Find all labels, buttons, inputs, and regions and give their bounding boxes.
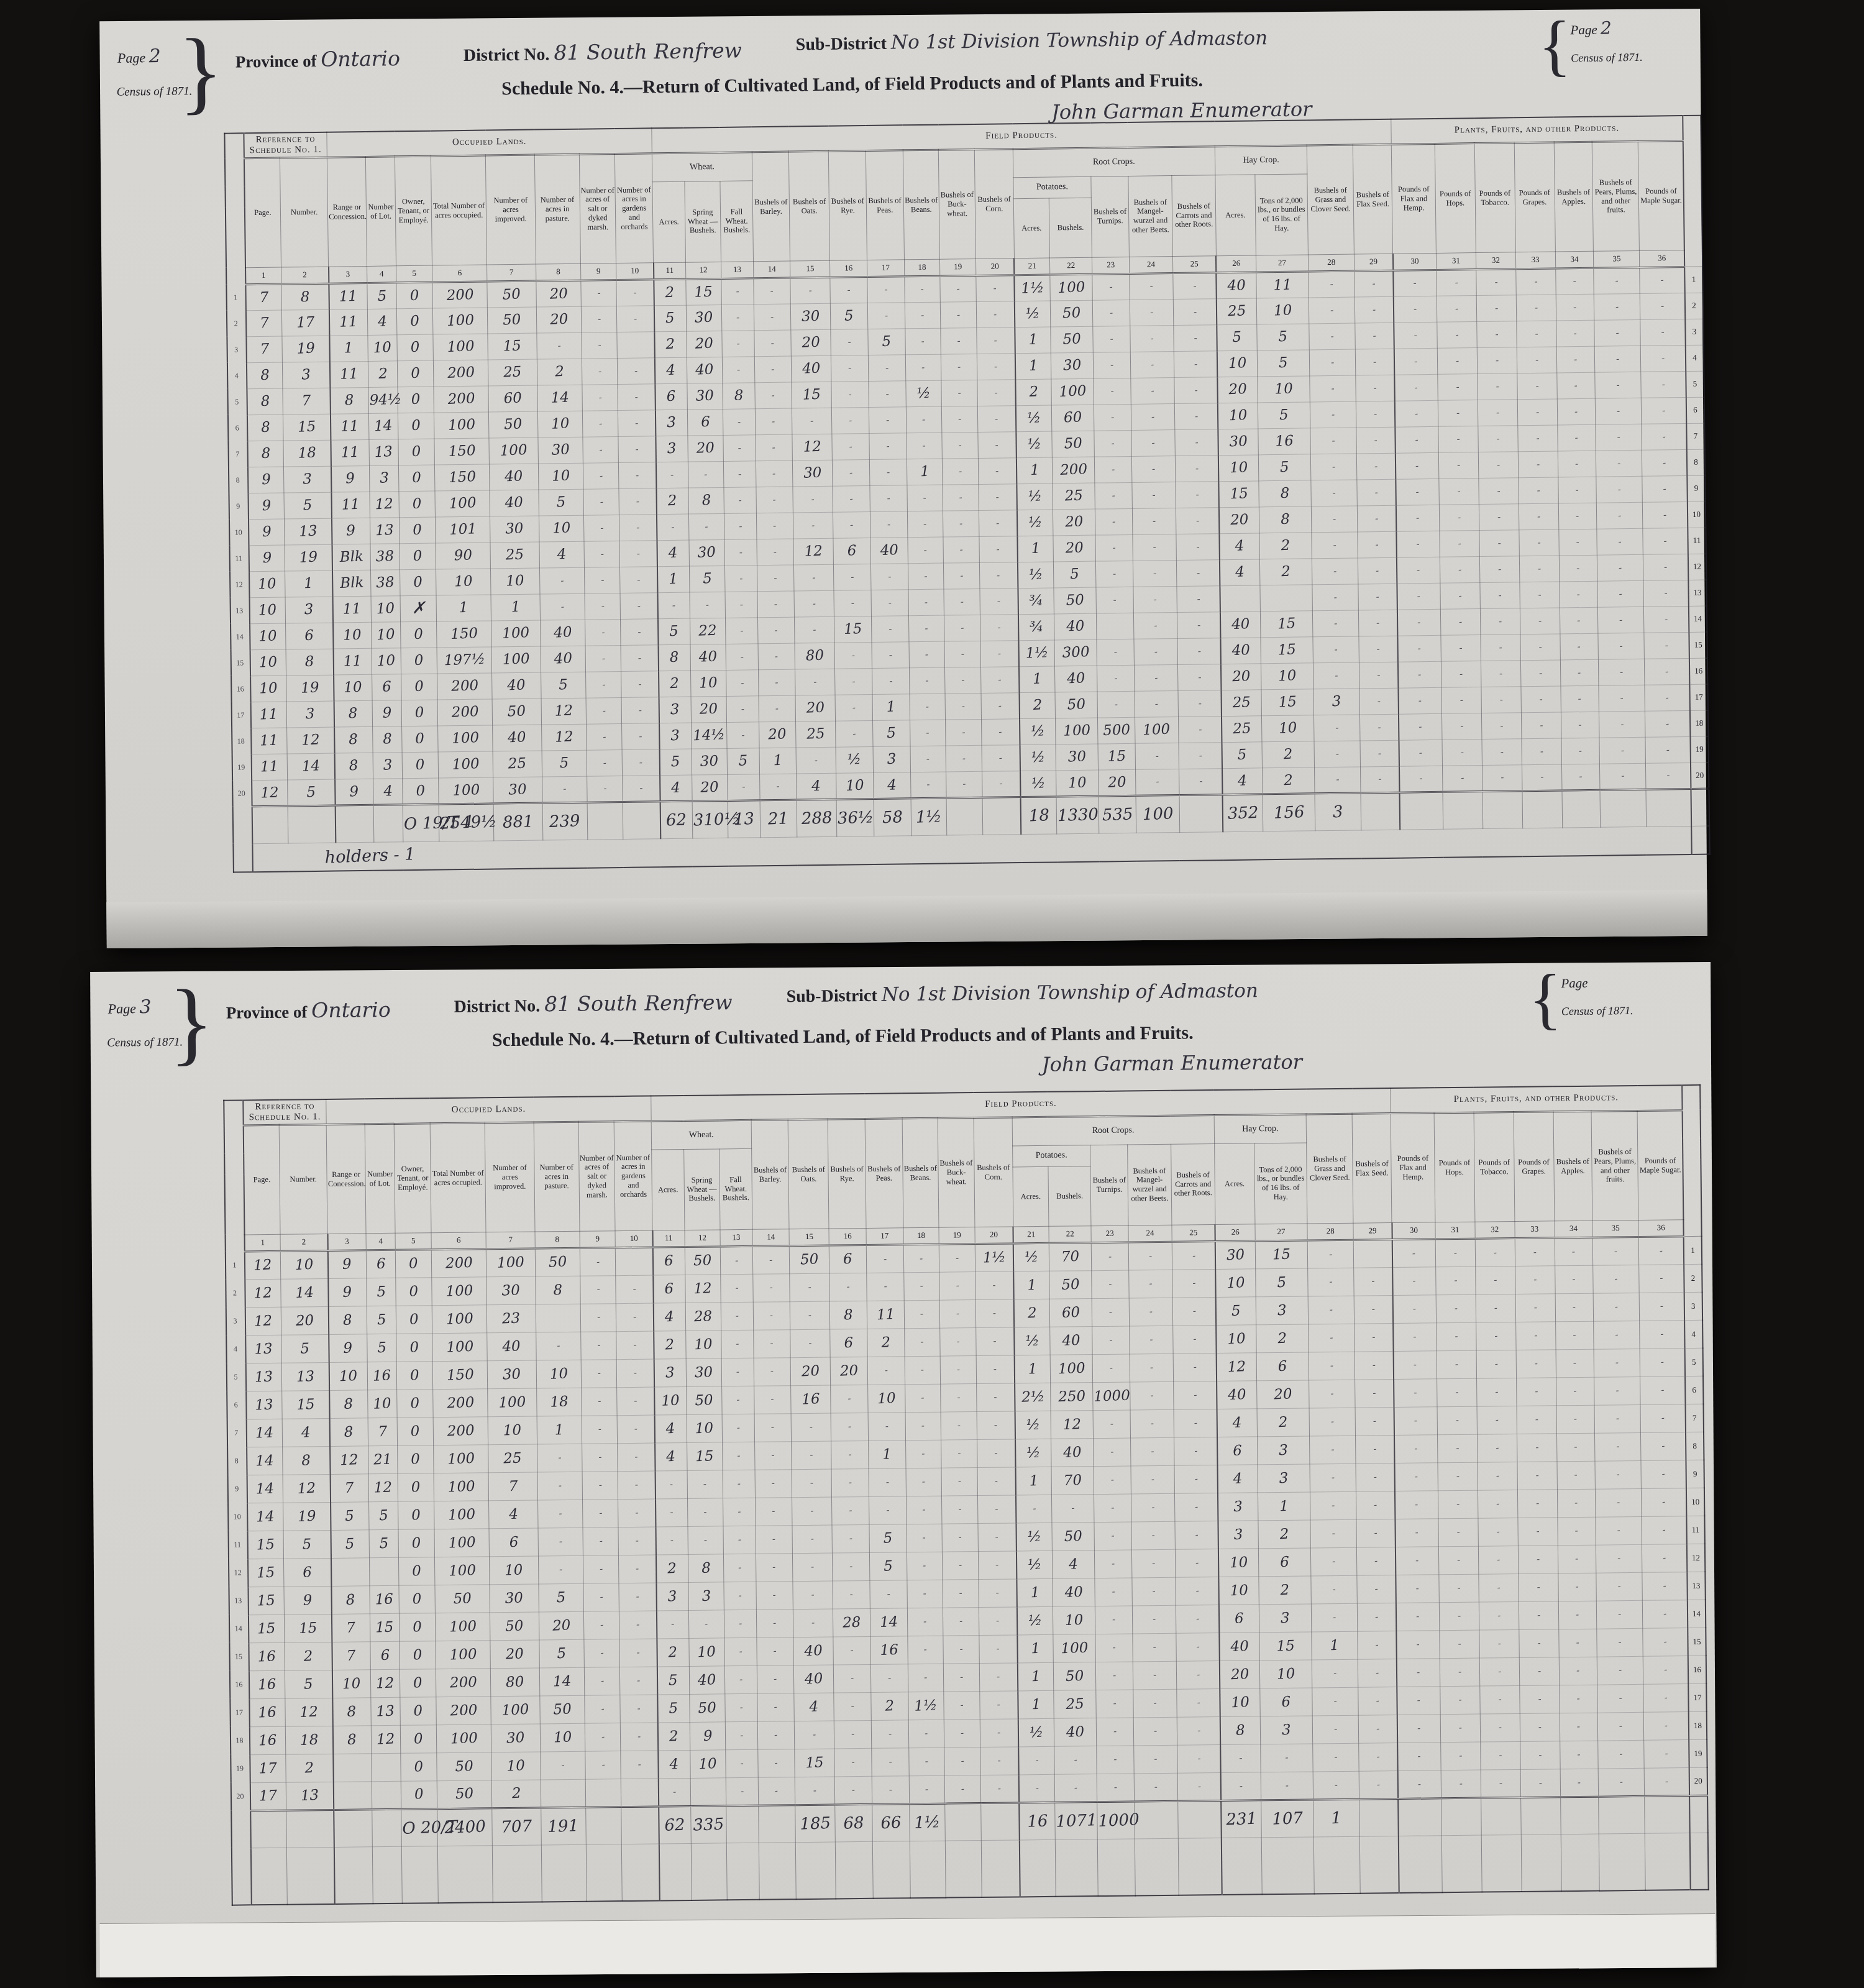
table-cell: 0 (398, 1529, 434, 1557)
table-cell: - (1359, 610, 1397, 636)
table-cell: - (584, 1639, 620, 1667)
table-cell: 15 (283, 414, 331, 441)
province-label: Province of (235, 52, 317, 71)
cell-value: - (961, 648, 964, 659)
table-cell: - (980, 640, 1019, 667)
totals-cell: 68 (835, 1804, 872, 1842)
table-cell: - (621, 697, 659, 723)
table-cell: - (1355, 323, 1394, 349)
table-cell: - (945, 667, 981, 694)
cell-value: 14 (295, 1284, 314, 1301)
table-cell: - (619, 1554, 656, 1583)
table-cell: - (1130, 299, 1173, 326)
table-cell: - (1094, 378, 1131, 405)
cell-value: - (1573, 275, 1576, 286)
cell-value: 10 (259, 680, 278, 697)
cell-value: - (961, 674, 965, 685)
table-cell: - (1597, 1628, 1643, 1657)
table-cell: 0 (398, 387, 434, 413)
table-cell: - (1437, 321, 1477, 348)
cell-value: - (1576, 536, 1580, 547)
table-cell: - (1515, 1237, 1555, 1266)
cell-value: - (957, 309, 961, 320)
table-cell: - (1393, 296, 1437, 323)
row-margin-number: 3 (227, 336, 246, 362)
table-cell: 1 (1016, 1467, 1052, 1495)
table-cell: - (1436, 1267, 1476, 1295)
table-cell: 5 (539, 1583, 584, 1612)
table-cell: - (1560, 607, 1598, 634)
cell-value: 3 (701, 1588, 711, 1605)
table-cell: - (910, 746, 946, 772)
cell-value: - (997, 1643, 1000, 1654)
table-cell: 30 (487, 1276, 536, 1305)
table-cell: 10 (250, 676, 286, 702)
cell-value: 40 (805, 1670, 823, 1687)
table-cell: 2 (654, 279, 686, 306)
cell-value: 10 (373, 1395, 391, 1412)
cell-value: - (1195, 1557, 1199, 1568)
page-3-header: Page 3 Census of 1871. } Province of Ont… (90, 972, 91, 1096)
table-cell: - (538, 1528, 583, 1556)
table-cell: - (1394, 400, 1438, 427)
table-cell: - (1481, 1741, 1520, 1770)
totals-cell (1359, 1798, 1399, 1836)
cell-value: - (635, 1535, 639, 1546)
column-header: Page. (244, 1125, 280, 1235)
table-cell: ½ (1017, 483, 1053, 510)
table-cell: 7 (368, 1418, 398, 1445)
table-cell: - (1594, 267, 1640, 294)
cell-value: 12 (804, 543, 823, 560)
table-cell: 10 (540, 1723, 585, 1752)
table-cell: - (1476, 1266, 1515, 1294)
table-cell: 8 (281, 283, 329, 310)
cell-value: - (1335, 721, 1339, 733)
table-cell: - (1356, 1435, 1394, 1464)
table-cell: - (833, 1664, 870, 1693)
cell-value: - (1332, 408, 1335, 419)
cell-value: 3 (304, 602, 314, 618)
cell-value: 16 (258, 1676, 276, 1693)
cell-value: 50 (698, 1700, 716, 1716)
table-cell: Blk (332, 570, 371, 597)
table-cell: - (1394, 374, 1438, 401)
column-header: Spring Wheat — Bushels. (684, 181, 721, 262)
cell-value: 16 (258, 1704, 276, 1721)
table-cell: - (1558, 1573, 1596, 1601)
cell-value: - (600, 522, 603, 533)
cell-value: - (599, 1535, 603, 1546)
empty-cell (1521, 1834, 1561, 1892)
cell-value: ½ (1025, 1249, 1039, 1266)
table-cell: 10 (334, 674, 372, 701)
row-margin-number: 11 (230, 545, 249, 571)
column-number: 14 (753, 261, 790, 278)
empty-cell (541, 1844, 587, 1902)
cell-value: - (775, 1757, 779, 1768)
table-cell: - (1359, 662, 1398, 689)
cell-value: - (1418, 1778, 1422, 1789)
table-body: 17811502005020--215--------1½100---4011-… (226, 267, 1709, 873)
table-cell: 12 (245, 1307, 281, 1335)
cell-value: - (1330, 330, 1334, 341)
cell-value: - (851, 1728, 855, 1739)
table-cell: 5 (368, 1501, 398, 1529)
table-cell: 2 (657, 1638, 689, 1667)
table-cell: - (726, 695, 759, 722)
cell-value: - (998, 648, 1002, 659)
row-number: 11 (1686, 1516, 1705, 1544)
cell-value: - (849, 441, 852, 452)
cell-value: 8 (553, 1281, 563, 1298)
cell-value: 14 (255, 1452, 274, 1469)
cell-value: 10 (377, 626, 395, 643)
totals-cell: 191 (541, 1807, 586, 1845)
table-cell: - (834, 590, 871, 616)
column-header: Range or Concession. (327, 157, 367, 267)
cell-value: - (1414, 1359, 1417, 1370)
cell-value: 94½ (369, 392, 402, 409)
cell-value: - (1457, 485, 1461, 497)
table-cell: - (795, 1777, 835, 1805)
cell-value: 0 (409, 1339, 419, 1356)
table-cell: - (1092, 1298, 1129, 1327)
table-cell: - (582, 410, 618, 437)
table-cell: 8 (332, 1697, 371, 1726)
cell-value: 100 (1063, 722, 1091, 740)
cell-value: - (996, 491, 1000, 502)
cell-value: 50 (1061, 1276, 1080, 1293)
cell-value: - (1576, 562, 1580, 574)
table-cell: 0 (398, 1501, 434, 1529)
table-cell: - (1640, 267, 1685, 293)
cell-value: ¾ (1030, 618, 1044, 635)
cell-value: - (922, 1504, 926, 1515)
cell-value: - (1374, 1499, 1377, 1510)
table-cell: 10 (1056, 770, 1099, 797)
cell-value: 20 (1108, 774, 1126, 790)
cell-value: - (770, 1393, 774, 1404)
table-cell: - (1358, 1659, 1396, 1687)
cell-value: 16 (880, 1642, 898, 1659)
table-cell: 6 (829, 1245, 866, 1273)
table-cell: - (1595, 1460, 1642, 1489)
table-cell: 13 (246, 1391, 282, 1419)
table-cell: 1 (657, 566, 690, 593)
cell-value: 50 (455, 1785, 474, 1802)
table-cell: 13 (246, 1363, 282, 1391)
table-cell: - (831, 1468, 869, 1497)
cell-value: - (1577, 589, 1581, 600)
empty-cell (1441, 1835, 1482, 1893)
table-cell: 12 (245, 1279, 281, 1308)
cell-value: - (773, 520, 777, 531)
table-cell: - (1313, 1771, 1359, 1800)
table-cell: 12 (541, 698, 587, 725)
cell-value: - (1419, 772, 1423, 784)
cell-value: 15 (257, 1592, 276, 1609)
cell-value: 1 (1031, 1640, 1041, 1657)
column-header: Bushels. (1048, 1166, 1091, 1226)
empty-cell (402, 1846, 439, 1903)
cell-value: - (926, 753, 930, 764)
row-number: 11 (1688, 528, 1706, 554)
table-cell: - (726, 1777, 758, 1806)
total-value: 1½ (914, 1813, 941, 1833)
cell-value: - (739, 598, 743, 610)
table-cell: - (1645, 684, 1690, 711)
table-cell: 20 (1053, 535, 1095, 562)
column-number: 3 (327, 1233, 366, 1250)
cell-value: - (886, 1505, 890, 1516)
cell-value: - (923, 1616, 927, 1627)
cell-value: 30 (505, 1590, 524, 1606)
cell-value: - (1577, 1721, 1581, 1732)
cell-value: 25 (806, 726, 825, 743)
table-cell: 20 (687, 435, 723, 462)
table-cell: 13 (369, 439, 399, 465)
table-cell: - (657, 514, 689, 541)
table-cell: - (1597, 580, 1644, 607)
cell-value: - (887, 518, 891, 529)
subdistrict-label: Sub-District (786, 986, 877, 1007)
cell-value: 30 (503, 1366, 521, 1383)
cell-value: - (1537, 1582, 1540, 1593)
table-cell: - (831, 1441, 869, 1469)
column-header: Bushels of Grass and Clover Seed. (1307, 145, 1354, 255)
table-cell: - (583, 488, 619, 515)
cell-value: - (1376, 643, 1380, 654)
totals-cell (286, 1810, 334, 1848)
cell-value: 10 (339, 1368, 358, 1385)
table-cell: - (724, 1610, 757, 1638)
cell-value: 4 (1232, 1414, 1242, 1431)
table-cell: - (944, 1719, 980, 1748)
cell-value: - (1617, 457, 1621, 469)
cell-value: ½ (847, 751, 862, 768)
table-cell: 3 (286, 701, 334, 728)
table-cell: - (1517, 399, 1557, 426)
corner-census-label: Census of 1871. (1571, 51, 1643, 65)
table-cell: 10 (368, 334, 398, 361)
cell-value: - (956, 1308, 960, 1319)
table-cell: - (1555, 1293, 1594, 1322)
table-cell (372, 1753, 401, 1781)
column-header: Bushels of Oats. (788, 1119, 829, 1229)
table-cell: - (976, 1327, 1015, 1355)
table-cell: - (1598, 1768, 1645, 1797)
cell-value: - (1619, 1664, 1622, 1675)
cell-value: - (1149, 1334, 1153, 1345)
cell-value: 10 (549, 1365, 568, 1382)
cell-value: - (813, 598, 816, 609)
total-value: 881 (503, 812, 534, 832)
table-cell: 100 (435, 490, 490, 517)
cell-value: 20 (549, 285, 568, 302)
cell-value: 28 (843, 1614, 861, 1631)
table-cell: 100 (1051, 378, 1094, 405)
table-cell: 9 (329, 1334, 367, 1362)
cell-value: - (1154, 646, 1158, 657)
totals-cell: 1071 (1055, 1802, 1098, 1839)
cell-value: - (601, 679, 605, 690)
column-header: Number of acres in gardens and orchards (615, 153, 654, 263)
table-cell: - (1441, 1770, 1481, 1798)
cell-value: 11 (340, 418, 359, 435)
table-cell: - (1135, 769, 1179, 795)
row-margin-number (232, 1848, 252, 1905)
cell-value: 30 (1226, 1247, 1245, 1263)
table-cell: - (905, 302, 941, 329)
table-cell: 40 (487, 1332, 536, 1361)
page-2-table-wrap: Reference to Schedule No. 1.Occupied Lan… (224, 115, 1710, 873)
cell-value: - (634, 365, 638, 376)
table-cell: 100 (1050, 1354, 1092, 1383)
cell-value: 14 (374, 418, 393, 434)
cell-value: - (993, 1335, 997, 1347)
table-cell: 40 (490, 490, 539, 516)
table-cell: 200 (437, 672, 492, 699)
table-cell: 17 (281, 309, 329, 336)
table-cell: 10 (1216, 1268, 1256, 1297)
empty-cell (1135, 1838, 1179, 1896)
row-number (1690, 1833, 1709, 1890)
cell-value: - (736, 1338, 739, 1349)
cell-value: - (735, 1310, 739, 1321)
row-margin-number: 9 (228, 1475, 247, 1503)
table-cell: - (1438, 1546, 1478, 1575)
column-number: 36 (1638, 1219, 1683, 1237)
table-cell: 2 (285, 1642, 332, 1670)
cell-value: - (1494, 1358, 1498, 1369)
table-cell: - (1356, 427, 1395, 454)
table-cell: - (1357, 453, 1396, 480)
cell-value: - (925, 1728, 928, 1739)
cell-value: - (704, 469, 708, 480)
table-cell: - (979, 1606, 1017, 1635)
table-cell: - (1594, 1376, 1641, 1405)
table-cell: - (1597, 1656, 1644, 1685)
cell-value: - (849, 467, 853, 478)
cell-value: - (997, 543, 1000, 554)
table-cell: - (1172, 1297, 1216, 1326)
table-cell: 100 (1056, 718, 1098, 744)
table-cell: 40 (1055, 666, 1097, 692)
table-cell: - (1396, 1602, 1439, 1631)
table-cell: - (943, 1551, 979, 1580)
cell-value: 8 (344, 1424, 354, 1441)
cell-value: 0 (412, 1563, 422, 1580)
cell-value: 2 (1281, 564, 1291, 580)
table-cell: - (975, 1299, 1014, 1327)
cell-value: - (847, 336, 851, 347)
cell-value: - (1455, 1386, 1459, 1398)
cell-value: - (1574, 1441, 1578, 1452)
cell-value: 20 (1230, 1666, 1249, 1683)
column-number: 23 (1091, 1225, 1128, 1243)
cell-value: - (1458, 1694, 1462, 1705)
cell-value: 10 (695, 1420, 714, 1437)
cell-value: - (1661, 326, 1665, 337)
table-cell: 60 (1052, 405, 1094, 431)
cell-value: 30 (802, 308, 820, 325)
cell-value: 1 (1031, 1668, 1041, 1685)
cell-value: 2 (555, 364, 565, 380)
cell-value: 10 (506, 572, 524, 589)
cell-value: - (1499, 667, 1503, 679)
column-number: 31 (1436, 252, 1476, 270)
table-cell: - (832, 1524, 869, 1553)
table-cell: 1 (872, 694, 910, 720)
cell-value: 6 (382, 679, 392, 695)
cell-value: ½ (1031, 775, 1046, 792)
cell-value: - (560, 601, 564, 612)
cell-value: - (1616, 353, 1620, 364)
table-cell: - (1594, 293, 1640, 320)
cell-value: 8 (701, 492, 711, 509)
table-cell: 200 (436, 1668, 491, 1697)
column-header: Total Number of acres occupied. (431, 155, 487, 265)
cell-value: 200 (447, 1394, 475, 1411)
cell-value: - (1417, 1695, 1420, 1706)
cell-value: 12 (254, 1285, 272, 1301)
cell-value: - (1661, 1440, 1665, 1451)
cell-value: 4 (666, 362, 676, 379)
cell-value: 25 (1066, 1695, 1084, 1712)
table-cell: 30 (686, 1358, 722, 1386)
cell-value: 4 (1233, 1470, 1243, 1487)
table-cell: - (1399, 713, 1442, 740)
table-cell: - (1134, 1773, 1177, 1802)
cell-value: 10 (506, 1757, 525, 1774)
schedule-title: Schedule No. 4.—Return of Cultivated Lan… (367, 68, 1336, 101)
table-cell: - (1178, 716, 1222, 743)
cell-value: - (1535, 380, 1539, 391)
cell-value: - (849, 1505, 852, 1516)
totals-cell: 707 (492, 1807, 541, 1845)
table-cell: - (1641, 345, 1686, 372)
table-cell: - (946, 771, 982, 798)
cell-value: 40 (1062, 1332, 1080, 1349)
table-cell: 100 (432, 1276, 487, 1305)
cell-value: 0 (413, 1703, 423, 1720)
table-cell: 10 (491, 1751, 541, 1780)
column-number: 5 (396, 265, 432, 283)
cell-value: - (1152, 463, 1156, 474)
table-cell: - (939, 1244, 975, 1272)
cell-value: 40 (698, 1672, 716, 1688)
cell-value: 14 (879, 1614, 898, 1631)
table-cell: - (869, 433, 907, 459)
table-cell: 30 (493, 777, 542, 804)
table-cell: - (1175, 429, 1218, 456)
group-header-reference: Reference to Schedule No. 1. (243, 1099, 326, 1125)
table-cell: 10 (1257, 375, 1310, 402)
cell-value: 0 (416, 782, 426, 799)
table-cell: - (1641, 1460, 1686, 1488)
group-header-root-crops: Root Crops. (1013, 146, 1215, 177)
cell-value: 100 (447, 416, 475, 434)
cell-value: - (1536, 1526, 1540, 1537)
cell-value: 40 (1231, 642, 1250, 659)
table-cell: - (618, 357, 655, 384)
table-cell: - (1260, 1743, 1313, 1772)
totals-cell: 1 (1313, 1799, 1360, 1837)
table-cell: - (833, 1552, 870, 1581)
table-cell: - (1555, 1237, 1593, 1266)
cell-value: - (1151, 1445, 1154, 1457)
